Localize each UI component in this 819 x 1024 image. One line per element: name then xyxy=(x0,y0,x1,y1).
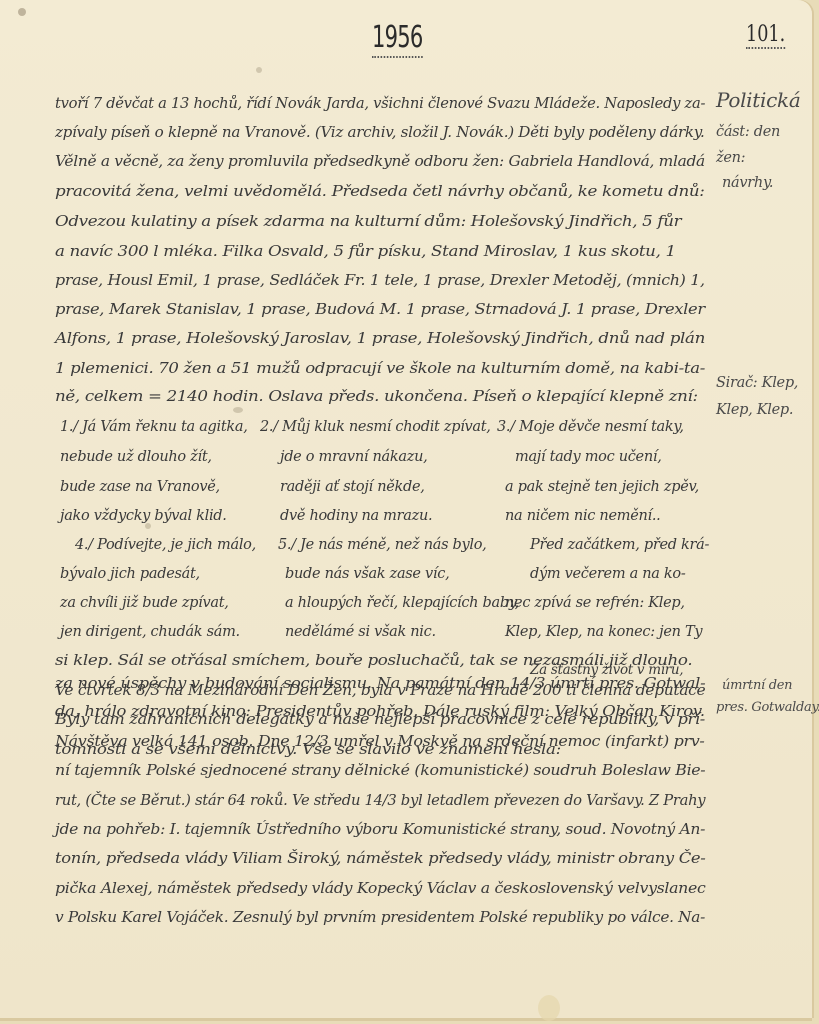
text-line: Alfons, 1 prase, Holešovský Jaroslav, 1 … xyxy=(55,331,705,347)
refrain-line: dým večerem a na ko- xyxy=(530,566,685,582)
verse-1-line: 1./ Já Vám řeknu ta agitka, xyxy=(60,419,248,435)
margin-note-line: Sirač: Klep, xyxy=(716,375,798,391)
text-line: da, hrálo zdravotní kino: Presidentův po… xyxy=(55,704,705,720)
verse-3-line: mají tady moc učení, xyxy=(515,449,662,465)
margin-note-line: část: den xyxy=(716,124,780,140)
punch-hole xyxy=(18,8,26,16)
verse-4-line: bývalo jich padesát, xyxy=(60,566,200,582)
verse-2-line: jde o mravní nákazu, xyxy=(280,449,427,465)
verse-2-line: 2./ Můj kluk nesmí chodit zpívat, xyxy=(260,419,491,435)
verse-1-line: bude zase na Vranově, xyxy=(60,479,220,495)
page-number: 101. xyxy=(746,22,785,49)
margin-note-line: Politická xyxy=(716,88,800,112)
verse-5-line: nedělámé si však nic. xyxy=(285,624,436,640)
text-line: Odvezou kulatiny a písek zdarma na kultu… xyxy=(55,214,681,230)
margin-note-line: pres. Gotwalday. xyxy=(716,700,819,715)
margin-note-line: žen: xyxy=(716,150,745,166)
refrain-line: Před začátkem, před krá- xyxy=(530,537,709,553)
text-line: zpívaly píseň o klepně na Vranově. (Viz … xyxy=(55,125,704,141)
text-line: pička Alexej, náměstek předsedy vlády Ko… xyxy=(55,881,705,897)
refrain-line: nec zpívá se refrén: Klep, xyxy=(505,595,685,611)
text-line: ní tajemník Polské sjednocené strany děl… xyxy=(55,763,705,779)
verse-1-line: jako vždycky býval klid. xyxy=(60,508,227,524)
text-line: tonín, předseda vlády Viliam Široký, nám… xyxy=(55,851,705,867)
text-line: Návštěva velká 141 osob. Dne 12/3 umřel … xyxy=(55,734,705,750)
text-line: v Polsku Karel Vojáček. Zesnulý byl prvn… xyxy=(55,910,705,926)
verse-3-line: na ničem nic nemění.. xyxy=(505,508,660,524)
verse-5-line: 5./ Je nás méně, než nás bylo, xyxy=(278,537,487,553)
verse-3-line: 3./ Moje děvče nesmí taky, xyxy=(497,419,684,435)
text-line: a navíc 300 l mléka. Filka Osvald, 5 fůr… xyxy=(55,244,676,260)
margin-note-line: Klep, Klep. xyxy=(716,402,793,418)
verse-1-line: nebude už dlouho žít, xyxy=(60,449,212,465)
text-line: Vělně a věcně, za ženy promluvila předse… xyxy=(55,154,705,170)
text-line: tvoří 7 děvčat a 13 hochů, řídí Novák Ja… xyxy=(55,96,705,112)
text-line: za nové úspěchy v budování socialismu. N… xyxy=(55,676,705,692)
paper-speck xyxy=(256,67,262,73)
verse-4-line: 4./ Podívejte, je jich málo, xyxy=(75,537,256,553)
text-line: pracovitá žena, velmi uvědomělá. Předsed… xyxy=(55,184,705,200)
text-line: prase, Marek Stanislav, 1 prase, Budová … xyxy=(55,302,705,318)
year-heading: 1956 xyxy=(372,20,422,58)
verse-2-line: dvě hodiny na mrazu. xyxy=(280,508,432,524)
verse-2-line: raději ať stojí někde, xyxy=(280,479,425,495)
margin-note-line: úmrtní den xyxy=(722,678,792,693)
verse-4-line: za chvíli již bude zpívat, xyxy=(60,595,229,611)
text-line: 1 plemenici. 70 žen a 51 mužů odpracují … xyxy=(55,361,705,377)
text-line: jde na pohřeb: I. tajemník Ústředního vý… xyxy=(55,822,705,838)
verse-4-line: jen dirigent, chudák sám. xyxy=(60,624,240,640)
verse-5-line: a hloupých řečí, klepajících baby, xyxy=(285,595,519,611)
text-line: ně, celkem = 2140 hodin. Oslava předs. u… xyxy=(55,389,698,405)
margin-note-line: návrhy. xyxy=(722,175,773,191)
paper-stain xyxy=(538,995,560,1021)
verse-3-line: a pak stejně ten jejich zpěv, xyxy=(505,479,699,495)
verse-5-line: bude nás však zase víc, xyxy=(285,566,449,582)
text-line: prase, Housl Emil, 1 prase, Sedláček Fr.… xyxy=(55,273,705,289)
paper-speck xyxy=(233,407,243,413)
refrain-line: Klep, Klep, na konec: jen Ty xyxy=(505,624,702,640)
notebook-page: 1956 101. tvoří 7 děvčat a 13 hochů, říd… xyxy=(0,0,812,1018)
text-line: rut, (Čte se Běrut.) stár 64 roků. Ve st… xyxy=(55,793,705,809)
